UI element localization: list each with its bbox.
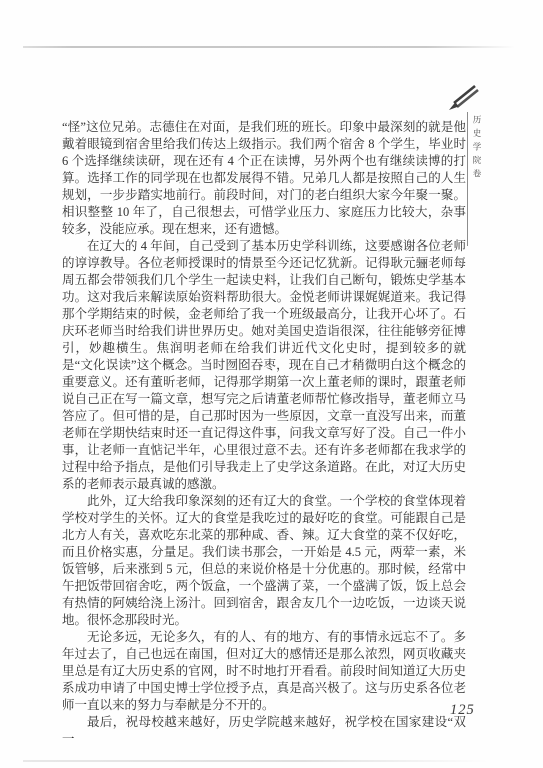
sidebar-divider	[467, 112, 468, 246]
volume-label: 历史学院卷	[471, 115, 483, 183]
paragraph: 此外，辽大给我印象深刻的还有辽大的食堂。一个学校的食堂体现着学校对学生的关怀。辽…	[62, 493, 466, 629]
top-divider	[23, 46, 515, 48]
paragraph: 在辽大的 4 年间，自己受到了基本历史学科训练，这要感谢各位老师的谆谆教导。各位…	[62, 238, 466, 493]
paragraph: 最后，祝母校越来越好，历史学院越来越好，祝学校在国家建设“双一	[62, 714, 466, 748]
paragraph: “怪”这位兄弟。志德住在对面，是我们班的班长。印象中最深刻的就是他戴着眼镜到宿舍…	[62, 119, 466, 238]
bottom-divider	[23, 760, 489, 762]
book-page: 历史学院卷 “怪”这位兄弟。志德住在对面，是我们班的班长。印象中最深刻的就是他戴…	[0, 0, 543, 768]
article-text: “怪”这位兄弟。志德住在对面，是我们班的班长。印象中最深刻的就是他戴着眼镜到宿舍…	[62, 119, 466, 748]
page-number: 125	[450, 702, 475, 719]
paragraph: 无论多远，无论多久，有的人、有的地方、有的事情永远忘不了。多年过去了，自己也远在…	[62, 629, 466, 714]
pencil-icon	[441, 83, 479, 113]
